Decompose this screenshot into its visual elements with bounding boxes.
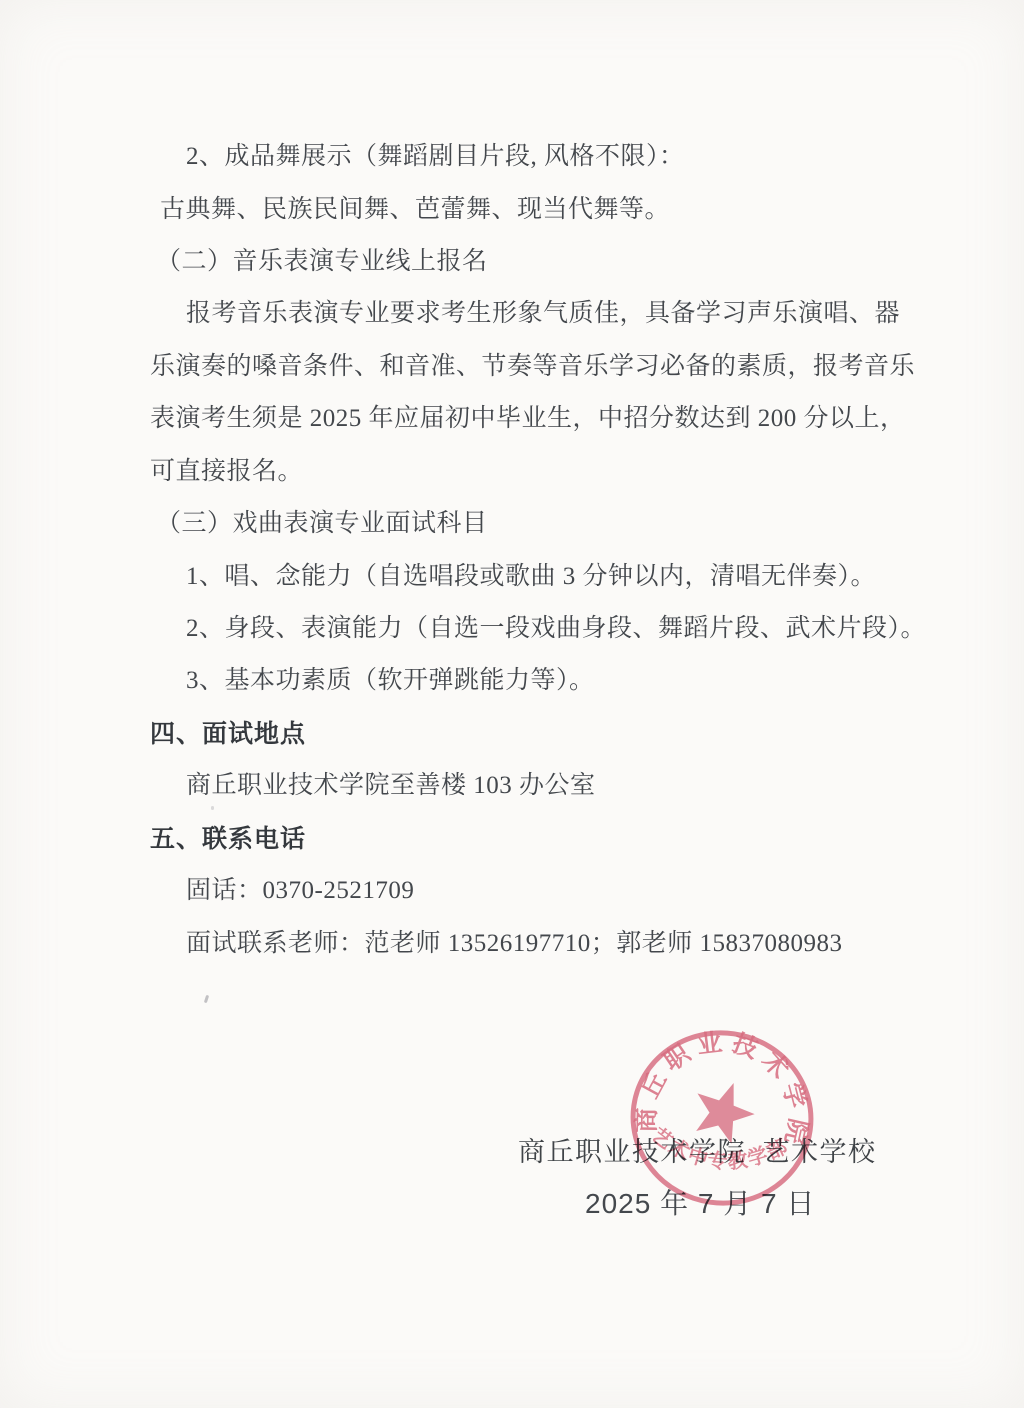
scan-speck [211, 806, 214, 810]
section-heading-interview-venue: 四、面试地点 [148, 717, 306, 751]
section-heading-contact-phone: 五、联系电话 [148, 822, 306, 856]
doc-line-music-req-2: 乐演奏的嗓音条件、和音准、节奏等音乐学习必备的素质，报考音乐 [148, 350, 915, 384]
doc-line-music-req-3: 表演考生须是 2025 年应届初中毕业生，中招分数达到 200 分以上， [148, 402, 906, 436]
doc-line-music-req-1: 报考音乐表演专业要求考生形象气质佳，具备学习声乐演唱、器 [148, 297, 900, 331]
doc-line-contact-teachers: 面试联系老师：范老师 13526197710；郭老师 15837080983 [148, 927, 843, 961]
doc-line-music-req-4: 可直接报名。 [148, 455, 303, 489]
doc-line-opera-item-3: 3、基本功素质（软开弹跳能力等）。 [148, 664, 595, 698]
scan-speck [204, 995, 209, 1004]
doc-line-dance-styles: 古典舞、民族民间舞、芭蕾舞、现当代舞等。 [148, 193, 670, 227]
doc-line-opera-item-1: 1、唱、念能力（自选唱段或歌曲 3 分钟以内，清唱无伴奏）。 [148, 560, 876, 594]
doc-line-opera-item-2: 2、身段、表演能力（自选一段戏曲身段、舞蹈片段、武术片段）。 [148, 612, 926, 646]
scanned-document-page: 2、成品舞展示（舞蹈剧目片段, 风格不限）： 古典舞、民族民间舞、芭蕾舞、现当代… [0, 0, 1024, 1408]
doc-line-landline: 固话：0370-2521709 [148, 874, 414, 908]
section-heading-opera-exam: （三）戏曲表演专业面试科目 [148, 507, 488, 541]
doc-line-finished-dance: 2、成品舞展示（舞蹈剧目片段, 风格不限）： [148, 140, 685, 174]
signature-date: 2025 年 7 月 7 日 [585, 1182, 815, 1222]
doc-line-venue-address: 商丘职业技术学院至善楼 103 办公室 [148, 769, 596, 803]
signature-org: 商丘职业技术学院 艺术学校 [518, 1130, 877, 1169]
section-heading-music-signup: （二）音乐表演专业线上报名 [148, 245, 488, 279]
